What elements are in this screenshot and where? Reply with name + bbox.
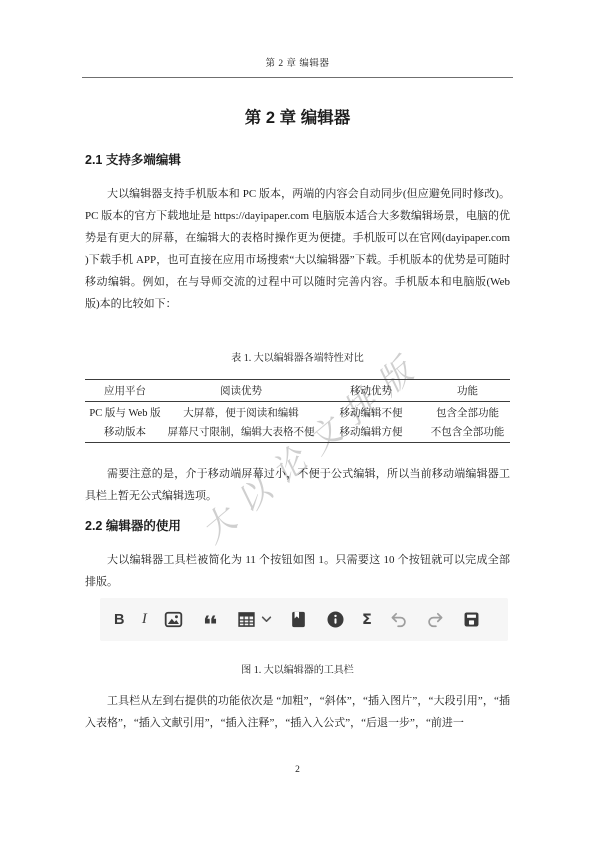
paragraph: 大以编辑器支持手机版本和 PC 版本，两端的内容会自动同步(但应避免同时修改)。… xyxy=(85,183,510,315)
section-heading-2-1: 2.1 支持多端编辑 xyxy=(85,150,181,168)
table-header-row: 应用平台 阅读优势 移动优势 功能 xyxy=(85,380,510,402)
table-cell: 移动编辑不便 xyxy=(317,402,425,424)
redo-icon xyxy=(426,610,445,629)
running-header: 第 2 章 编辑器 xyxy=(85,55,510,69)
header-rule xyxy=(82,77,513,78)
bold-button: B xyxy=(114,610,124,630)
italic-button: I xyxy=(142,610,147,630)
table-cell: PC 版与 Web 版 xyxy=(85,402,165,424)
chapter-title: 第 2 章 编辑器 xyxy=(85,104,510,128)
insert-formula-button: Σ xyxy=(362,610,372,630)
table-row: PC 版与 Web 版 大屏幕，便于阅读和编辑 移动编辑不便 包含全部功能 xyxy=(85,402,510,424)
editor-toolbar-figure: B I xyxy=(100,598,508,641)
redo-button xyxy=(426,610,445,630)
insert-table-button xyxy=(237,610,272,630)
info-icon xyxy=(326,610,345,629)
paragraph: 大以编辑器工具栏被简化为 11 个按钮如图 1。只需要这 10 个按钮就可以完成… xyxy=(85,549,510,593)
insert-note-button xyxy=(326,610,345,630)
save-icon xyxy=(462,610,481,629)
table-icon xyxy=(237,610,256,629)
column-header: 功能 xyxy=(425,380,510,402)
save-button xyxy=(462,610,481,630)
table-cell: 屏幕尺寸限制，编辑大表格不便 xyxy=(165,423,317,443)
page-content: 第 2 章 编辑器 第 2 章 编辑器 2.1 支持多端编辑 大以编辑器支持手机… xyxy=(0,0,595,842)
book-bookmark-icon xyxy=(289,610,308,629)
chevron-down-icon xyxy=(261,614,272,625)
table-cell: 不包含全部功能 xyxy=(425,423,510,443)
page-number: 2 xyxy=(85,765,510,775)
table-cell: 移动版本 xyxy=(85,423,165,443)
section-heading-2-2: 2.2 编辑器的使用 xyxy=(85,516,181,534)
paragraph: 需要注意的是，介于移动端屏幕过小，不便于公式编辑，所以当前移动端编辑器工具栏上暂… xyxy=(85,463,510,507)
table-cell: 移动编辑方便 xyxy=(317,423,425,443)
column-header: 移动优势 xyxy=(317,380,425,402)
paragraph: 工具栏从左到右提供的功能依次是 “加粗”，“斜体”，“插入图片”，“大段引用”，… xyxy=(85,690,510,734)
table-cell: 大屏幕，便于阅读和编辑 xyxy=(165,402,317,424)
italic-icon: I xyxy=(142,611,147,628)
quote-icon xyxy=(201,610,220,629)
table-caption: 表 1. 大以编辑器各端特性对比 xyxy=(85,349,510,364)
image-icon xyxy=(164,610,183,629)
comparison-table: 应用平台 阅读优势 移动优势 功能 PC 版与 Web 版 大屏幕，便于阅读和编… xyxy=(85,379,510,443)
table-row: 移动版本 屏幕尺寸限制，编辑大表格不便 移动编辑方便 不包含全部功能 xyxy=(85,423,510,443)
column-header: 阅读优势 xyxy=(165,380,317,402)
bold-icon: B xyxy=(114,612,124,628)
insert-citation-button xyxy=(289,610,308,630)
undo-button xyxy=(389,610,408,630)
table-cell: 包含全部功能 xyxy=(425,402,510,424)
sigma-icon: Σ xyxy=(362,612,372,628)
blockquote-button xyxy=(201,610,220,630)
figure-caption: 图 1. 大以编辑器的工具栏 xyxy=(85,661,510,676)
undo-icon xyxy=(389,610,408,629)
insert-image-button xyxy=(164,610,183,630)
document-page: 大以论文排版 第 2 章 编辑器 第 2 章 编辑器 2.1 支持多端编辑 大以… xyxy=(0,0,595,842)
column-header: 应用平台 xyxy=(85,380,165,402)
